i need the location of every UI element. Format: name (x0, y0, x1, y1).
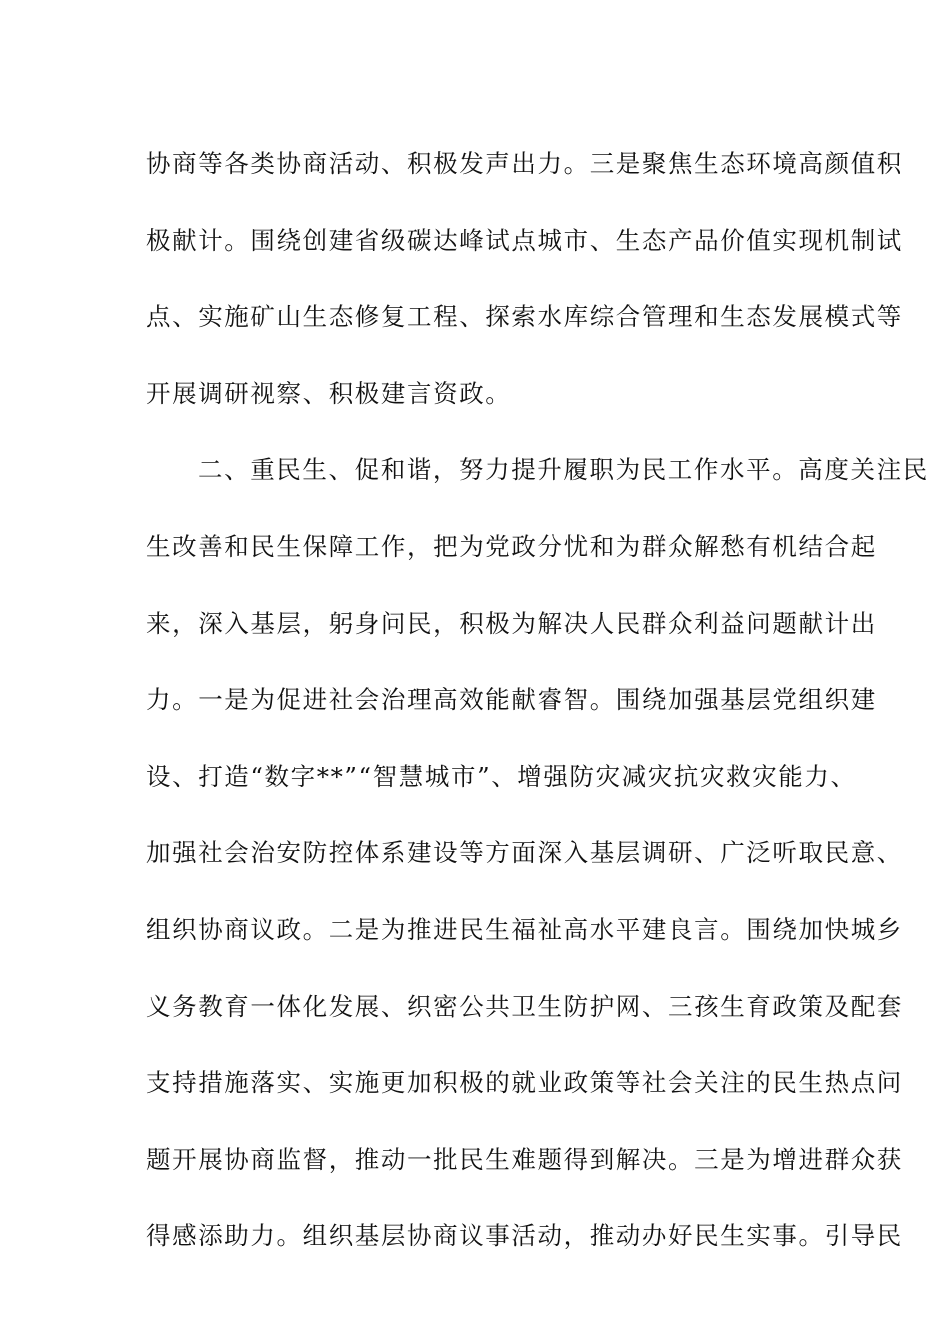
text-line: 点、实施矿山生态修复工程、探索水库综合管理和生态发展模式等 (146, 279, 806, 356)
text-line: 义务教育一体化发展、织密公共卫生防护网、三孩生育政策及配套 (146, 969, 806, 1046)
text-line: 生改善和民生保障工作，把为党政分忧和为群众解愁有机结合起 (146, 509, 806, 586)
body-text: 协商等各类协商活动、积极发声出力。三是聚焦生态环境高颜值积 极献计。围绕创建省级… (146, 126, 806, 1275)
text-line: 加强社会治安防控体系建设等方面深入基层调研、广泛听取民意、 (146, 815, 806, 892)
document-page: 协商等各类协商活动、积极发声出力。三是聚焦生态环境高颜值积 极献计。围绕创建省级… (0, 0, 950, 1344)
text-line: 设、打造“数字**”“智慧城市”、增强防灾减灾抗灾救灾能力、 (146, 739, 806, 816)
text-line: 得感添助力。组织基层协商议事活动，推动办好民生实事。引导民 (146, 1198, 806, 1275)
text-line: 支持措施落实、实施更加积极的就业政策等社会关注的民生热点问 (146, 1045, 806, 1122)
section-heading-line: 二、重民生、促和谐，努力提升履职为民工作水平。高度关注民 (146, 432, 806, 509)
text-line: 组织协商议政。二是为推进民生福祉高水平建良言。围绕加快城乡 (146, 892, 806, 969)
text-line: 开展调研视察、积极建言资政。 (146, 356, 806, 433)
text-line: 极献计。围绕创建省级碳达峰试点城市、生态产品价值实现机制试 (146, 203, 806, 280)
text-line: 协商等各类协商活动、积极发声出力。三是聚焦生态环境高颜值积 (146, 126, 806, 203)
text-line: 力。一是为促进社会治理高效能献睿智。围绕加强基层党组织建 (146, 662, 806, 739)
text-line: 题开展协商监督，推动一批民生难题得到解决。三是为增进群众获 (146, 1122, 806, 1199)
text-line: 来，深入基层，躬身问民，积极为解决人民群众利益问题献计出 (146, 586, 806, 663)
